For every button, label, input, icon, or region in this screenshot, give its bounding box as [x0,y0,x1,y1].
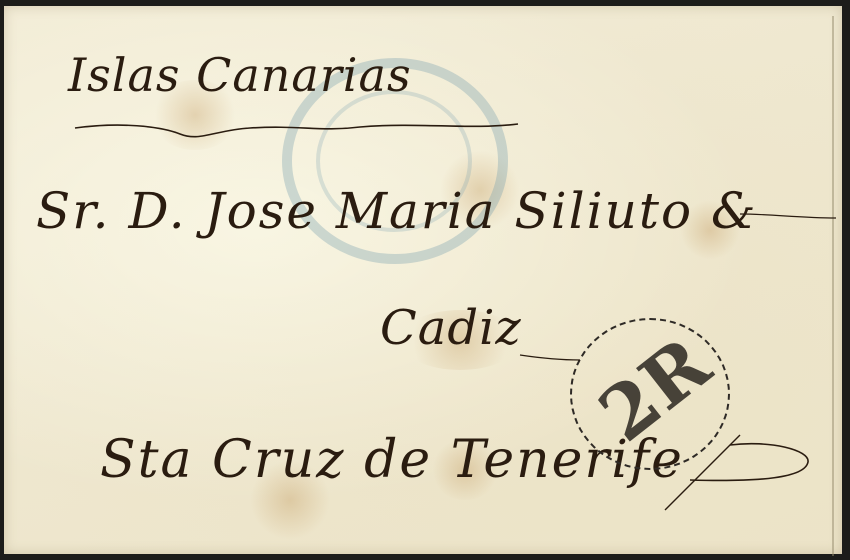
underline-flourish [75,124,518,137]
tenerife-descender [665,435,740,510]
cadiz-tail [520,355,580,360]
tail-flourish [740,214,836,218]
ink-flourishes [0,0,850,560]
tenerife-flourish [690,444,808,481]
